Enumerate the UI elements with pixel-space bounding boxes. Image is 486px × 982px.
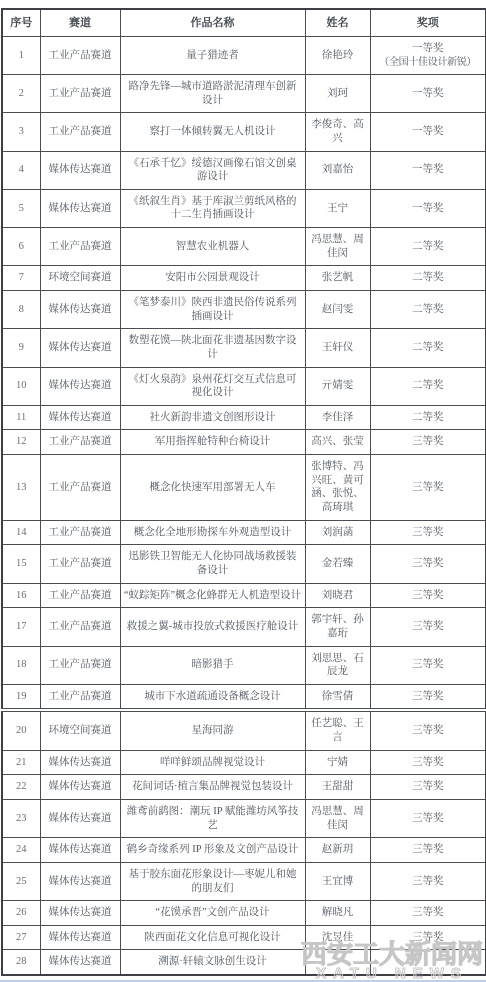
- table-row: 17 工业产品赛道 救援之翼-城市投放式救援医疗舱设计 郭宇轩、孙嘉珩 三等奖: [2, 608, 486, 646]
- track-cell: 媒体传达赛道: [40, 367, 120, 405]
- author-name-cell: 李佳泽: [305, 405, 370, 430]
- work-title-cell: 安阳市公园景观设计: [120, 266, 305, 291]
- award-cell: 二等奖: [370, 290, 486, 328]
- work-title-cell: 《石承千忆》绥德汉画像石馆文创桌游设计: [120, 151, 305, 189]
- table-row: 6 工业产品赛道 智慧农业机器人 冯思慧、周佳闵 二等奖: [2, 228, 486, 266]
- author-name-cell: 宁婧: [305, 750, 370, 775]
- table-row: 27 媒体传达赛道 陕西面花文化信息可视化设计 沈昱佳 三等奖: [2, 925, 486, 950]
- work-title-cell: 军用指挥舱特种台椅设计: [120, 430, 305, 455]
- table-row: 21 媒体传达赛道 咩咩鲜颂品牌视觉设计 宁婧 三等奖: [2, 750, 486, 775]
- award-label: 三等奖: [374, 589, 483, 603]
- table-row: 14 工业产品赛道 概念化全地形勘探车外观造型设计 刘润菡 三等奖: [2, 520, 486, 545]
- award-label: 一等奖: [374, 202, 483, 216]
- track-cell: 媒体传达赛道: [40, 329, 120, 367]
- work-title-cell: 迅影铁卫智能无人化协同战场救援装备设计: [120, 545, 305, 583]
- award-cell: 三等奖: [370, 901, 486, 926]
- track-cell: 工业产品赛道: [40, 646, 120, 684]
- track-cell: 媒体传达赛道: [40, 862, 120, 900]
- work-title-cell: “花馍承晋”文创产品设计: [120, 901, 305, 926]
- work-title-cell: 数塑花馍—陕北面花非遗基因数字设计: [120, 329, 305, 367]
- work-title-cell: 星海同游: [120, 710, 305, 750]
- award-cell: 三等奖: [370, 862, 486, 900]
- author-name-cell: 赵新玥: [305, 838, 370, 863]
- table-row: 22 媒体传达赛道 花间词话·植言集品牌视觉包装设计 王甜甜 三等奖: [2, 775, 486, 800]
- table-body: 1 工业产品赛道 量子猎迹者 徐艳玲 一等奖 （全国十佳设计新锐） 2 工业产品…: [2, 37, 486, 975]
- table-row: 16 工业产品赛道 “蚁踪矩阵”概念化蜂群无人机造型设计 刘晓君 三等奖: [2, 583, 486, 608]
- award-label: 二等奖: [374, 303, 483, 317]
- row-number-cell: 6: [2, 228, 40, 266]
- table-row: 23 媒体传达赛道 潍鸢前鹞图：潮玩 IP 赋能潍坊风筝技艺 冯思慧、周佳闵 三…: [2, 800, 486, 838]
- work-title-cell: 察打一体倾转翼无人机设计: [120, 113, 305, 151]
- award-cell: 三等奖: [370, 750, 486, 775]
- author-name-cell: 徐艳玲: [305, 37, 370, 75]
- award-cell: 二等奖: [370, 367, 486, 405]
- table-row: 1 工业产品赛道 量子猎迹者 徐艳玲 一等奖 （全国十佳设计新锐）: [2, 37, 486, 75]
- author-name-cell: 沈昱佳: [305, 925, 370, 950]
- award-cell: 一等奖: [370, 74, 486, 112]
- award-cell: 三等奖: [370, 800, 486, 838]
- award-label: 三等奖: [374, 658, 483, 672]
- table-row: 15 工业产品赛道 迅影铁卫智能无人化协同战场救援装备设计 金若臻 三等奖: [2, 545, 486, 583]
- row-number-cell: 18: [2, 646, 40, 684]
- award-label: 二等奖: [374, 411, 483, 425]
- row-number-cell: 2: [2, 74, 40, 112]
- track-cell: 环境空间赛道: [40, 710, 120, 750]
- row-number-cell: 9: [2, 329, 40, 367]
- award-cell: 三等奖: [370, 608, 486, 646]
- work-title-cell: 救援之翼-城市投放式救援医疗舱设计: [120, 608, 305, 646]
- track-cell: 媒体传达赛道: [40, 838, 120, 863]
- author-name-cell: 金若臻: [305, 545, 370, 583]
- author-name-cell: 刘润菡: [305, 520, 370, 545]
- author-name-cell: 张博特、冯兴旺、黄可涵、张悦、高琦琪: [305, 455, 370, 521]
- row-number-cell: 12: [2, 430, 40, 455]
- table-row: 18 工业产品赛道 暗影猎手 刘思思、石辰龙 三等奖: [2, 646, 486, 684]
- work-title-cell: 咩咩鲜颂品牌视觉设计: [120, 750, 305, 775]
- award-label: 三等奖: [374, 557, 483, 571]
- work-title-cell: 《笔梦泰川》陕西非遗民俗传说系列插画设计: [120, 290, 305, 328]
- table-row: 3 工业产品赛道 察打一体倾转翼无人机设计 李俊奇、高兴 一等奖: [2, 113, 486, 151]
- table-row: 12 工业产品赛道 军用指挥舱特种台椅设计 高兴、张莹 三等奖: [2, 430, 486, 455]
- row-number-cell: 28: [2, 950, 40, 975]
- author-name-cell: 王宜博: [305, 862, 370, 900]
- award-label: 三等奖: [374, 812, 483, 826]
- track-cell: 工业产品赛道: [40, 228, 120, 266]
- award-cell: 二等奖: [370, 266, 486, 291]
- row-number-cell: 3: [2, 113, 40, 151]
- row-number-cell: 10: [2, 367, 40, 405]
- award-sub-label: （全国十佳设计新锐）: [374, 56, 483, 69]
- author-name-cell: 赵闫雯: [305, 290, 370, 328]
- author-name-cell: 冯思慧、周佳闵: [305, 800, 370, 838]
- author-name-cell: 王轩仪: [305, 329, 370, 367]
- row-number-cell: 4: [2, 151, 40, 189]
- award-cell: 二等奖: [370, 405, 486, 430]
- header-col-track: 赛道: [40, 9, 120, 37]
- work-title-cell: 概念化快速军用部署无人车: [120, 455, 305, 521]
- award-label: 三等奖: [374, 690, 483, 704]
- award-cell: 一等奖: [370, 189, 486, 227]
- award-cell: 三等奖: [370, 646, 486, 684]
- author-name-cell: 亓婧雯: [305, 367, 370, 405]
- row-number-cell: 8: [2, 290, 40, 328]
- table-row: 13 工业产品赛道 概念化快速军用部署无人车 张博特、冯兴旺、黄可涵、张悦、高琦…: [2, 455, 486, 521]
- track-cell: 媒体传达赛道: [40, 775, 120, 800]
- row-number-cell: 25: [2, 862, 40, 900]
- table-row: 7 环境空间赛道 安阳市公园景观设计 张艺帆 二等奖: [2, 266, 486, 291]
- header-col-work: 作品名称: [120, 9, 305, 37]
- track-cell: 工业产品赛道: [40, 545, 120, 583]
- track-cell: 环境空间赛道: [40, 266, 120, 291]
- award-label: 二等奖: [374, 341, 483, 355]
- work-title-cell: 潍鸢前鹞图：潮玩 IP 赋能潍坊风筝技艺: [120, 800, 305, 838]
- award-label: 三等奖: [374, 724, 483, 738]
- work-title-cell: “蚁踪矩阵”概念化蜂群无人机造型设计: [120, 583, 305, 608]
- award-label: 三等奖: [374, 931, 483, 945]
- award-label: 三等奖: [374, 875, 483, 889]
- table-row: 19 工业产品赛道 城市下水道疏通设备概念设计 徐雪倩 三等奖: [2, 684, 486, 710]
- award-cell: 三等奖: [370, 583, 486, 608]
- award-cell: [370, 950, 486, 975]
- award-cell: 三等奖: [370, 838, 486, 863]
- author-name-cell: [305, 950, 370, 975]
- award-label: 三等奖: [374, 620, 483, 634]
- award-label: 二等奖: [374, 271, 483, 285]
- author-name-cell: 解晓凡: [305, 901, 370, 926]
- author-name-cell: 郭宇轩、孙嘉珩: [305, 608, 370, 646]
- award-cell: 二等奖: [370, 228, 486, 266]
- track-cell: 工业产品赛道: [40, 520, 120, 545]
- author-name-cell: 张艺帆: [305, 266, 370, 291]
- row-number-cell: 13: [2, 455, 40, 521]
- track-cell: 工业产品赛道: [40, 455, 120, 521]
- track-cell: 媒体传达赛道: [40, 189, 120, 227]
- award-cell: 三等奖: [370, 430, 486, 455]
- table-row: 28 媒体传达赛道 溯源·轩辕文脉创生设计: [2, 950, 486, 975]
- author-name-cell: 刘嘉怡: [305, 151, 370, 189]
- row-number-cell: 7: [2, 266, 40, 291]
- author-name-cell: 任艺聪、王言: [305, 710, 370, 750]
- award-label: 三等奖: [374, 756, 483, 770]
- track-cell: 工业产品赛道: [40, 74, 120, 112]
- author-name-cell: 王宁: [305, 189, 370, 227]
- award-label: 三等奖: [374, 780, 483, 794]
- award-label: 二等奖: [374, 379, 483, 393]
- work-title-cell: 智慧农业机器人: [120, 228, 305, 266]
- table-row: 20 环境空间赛道 星海同游 任艺聪、王言 三等奖: [2, 710, 486, 750]
- track-cell: 媒体传达赛道: [40, 950, 120, 975]
- author-name-cell: 王甜甜: [305, 775, 370, 800]
- award-cell: 三等奖: [370, 455, 486, 521]
- row-number-cell: 24: [2, 838, 40, 863]
- work-title-cell: 基于胶东面花形象设计—枣妮儿和她的朋友们: [120, 862, 305, 900]
- work-title-cell: 《灯火泉韵》泉州花灯交互式信息可视化设计: [120, 367, 305, 405]
- author-name-cell: 刘珂: [305, 74, 370, 112]
- award-label: 三等奖: [374, 481, 483, 495]
- award-label: 三等奖: [374, 526, 483, 540]
- award-label: 二等奖: [374, 240, 483, 254]
- author-name-cell: 冯思慧、周佳闵: [305, 228, 370, 266]
- row-number-cell: 22: [2, 775, 40, 800]
- table-row: 26 媒体传达赛道 “花馍承晋”文创产品设计 解晓凡 三等奖: [2, 901, 486, 926]
- track-cell: 工业产品赛道: [40, 430, 120, 455]
- award-cell: 一等奖: [370, 113, 486, 151]
- header-row: 序号 赛道 作品名称 姓名 奖项: [2, 9, 486, 37]
- row-number-cell: 21: [2, 750, 40, 775]
- table-row: 11 媒体传达赛道 社火新韵非遗文创图形设计 李佳泽 二等奖: [2, 405, 486, 430]
- award-label: 一等奖: [374, 87, 483, 101]
- row-number-cell: 20: [2, 710, 40, 750]
- table-row: 2 工业产品赛道 路净先锋—城市道路淤泥清理车创新设计 刘珂 一等奖: [2, 74, 486, 112]
- award-cell: 一等奖 （全国十佳设计新锐）: [370, 37, 486, 75]
- row-number-cell: 16: [2, 583, 40, 608]
- header-col-award: 奖项: [370, 9, 486, 37]
- track-cell: 媒体传达赛道: [40, 800, 120, 838]
- table-row: 5 媒体传达赛道 《纸叙生肖》基于库淑兰剪纸风格的十二生肖插画设计 王宁 一等奖: [2, 189, 486, 227]
- table-row: 9 媒体传达赛道 数塑花馍—陕北面花非遗基因数字设计 王轩仪 二等奖: [2, 329, 486, 367]
- track-cell: 工业产品赛道: [40, 113, 120, 151]
- award-cell: 三等奖: [370, 520, 486, 545]
- header-col-no: 序号: [2, 9, 40, 37]
- award-cell: 三等奖: [370, 710, 486, 750]
- row-number-cell: 11: [2, 405, 40, 430]
- awards-table: 序号 赛道 作品名称 姓名 奖项 1 工业产品赛道 量子猎迹者 徐艳玲 一等奖 …: [1, 8, 486, 976]
- row-number-cell: 14: [2, 520, 40, 545]
- award-cell: 三等奖: [370, 684, 486, 710]
- table-row: 4 媒体传达赛道 《石承千忆》绥德汉画像石馆文创桌游设计 刘嘉怡 一等奖: [2, 151, 486, 189]
- award-label: 一等奖: [374, 42, 483, 56]
- table-row: 8 媒体传达赛道 《笔梦泰川》陕西非遗民俗传说系列插画设计 赵闫雯 二等奖: [2, 290, 486, 328]
- author-name-cell: 徐雪倩: [305, 684, 370, 710]
- row-number-cell: 17: [2, 608, 40, 646]
- author-name-cell: 李俊奇、高兴: [305, 113, 370, 151]
- table-row: 25 媒体传达赛道 基于胶东面花形象设计—枣妮儿和她的朋友们 王宜博 三等奖: [2, 862, 486, 900]
- award-cell: 三等奖: [370, 545, 486, 583]
- work-title-cell: 花间词话·植言集品牌视觉包装设计: [120, 775, 305, 800]
- award-label: 一等奖: [374, 125, 483, 139]
- work-title-cell: 溯源·轩辕文脉创生设计: [120, 950, 305, 975]
- row-number-cell: 23: [2, 800, 40, 838]
- table-row: 10 媒体传达赛道 《灯火泉韵》泉州花灯交互式信息可视化设计 亓婧雯 二等奖: [2, 367, 486, 405]
- track-cell: 媒体传达赛道: [40, 151, 120, 189]
- award-cell: 二等奖: [370, 329, 486, 367]
- work-title-cell: 概念化全地形勘探车外观造型设计: [120, 520, 305, 545]
- track-cell: 工业产品赛道: [40, 684, 120, 710]
- author-name-cell: 刘思思、石辰龙: [305, 646, 370, 684]
- work-title-cell: 陕西面花文化信息可视化设计: [120, 925, 305, 950]
- author-name-cell: 高兴、张莹: [305, 430, 370, 455]
- row-number-cell: 26: [2, 901, 40, 926]
- row-number-cell: 5: [2, 189, 40, 227]
- track-cell: 工业产品赛道: [40, 583, 120, 608]
- track-cell: 媒体传达赛道: [40, 405, 120, 430]
- work-title-cell: 城市下水道疏通设备概念设计: [120, 684, 305, 710]
- row-number-cell: 1: [2, 37, 40, 75]
- award-label: 三等奖: [374, 843, 483, 857]
- work-title-cell: 鹤乡奇缘系列 IP 形象及文创产品设计: [120, 838, 305, 863]
- award-label: 三等奖: [374, 906, 483, 920]
- award-label: 一等奖: [374, 163, 483, 177]
- table-row: 24 媒体传达赛道 鹤乡奇缘系列 IP 形象及文创产品设计 赵新玥 三等奖: [2, 838, 486, 863]
- row-number-cell: 27: [2, 925, 40, 950]
- track-cell: 媒体传达赛道: [40, 290, 120, 328]
- track-cell: 工业产品赛道: [40, 608, 120, 646]
- row-number-cell: 19: [2, 684, 40, 710]
- award-cell: 三等奖: [370, 775, 486, 800]
- author-name-cell: 刘晓君: [305, 583, 370, 608]
- work-title-cell: 路净先锋—城市道路淤泥清理车创新设计: [120, 74, 305, 112]
- work-title-cell: 《纸叙生肖》基于库淑兰剪纸风格的十二生肖插画设计: [120, 189, 305, 227]
- track-cell: 工业产品赛道: [40, 37, 120, 75]
- track-cell: 媒体传达赛道: [40, 750, 120, 775]
- work-title-cell: 社火新韵非遗文创图形设计: [120, 405, 305, 430]
- work-title-cell: 暗影猎手: [120, 646, 305, 684]
- award-label: 三等奖: [374, 435, 483, 449]
- award-cell: 一等奖: [370, 151, 486, 189]
- track-cell: 媒体传达赛道: [40, 901, 120, 926]
- track-cell: 媒体传达赛道: [40, 925, 120, 950]
- row-number-cell: 15: [2, 545, 40, 583]
- work-title-cell: 量子猎迹者: [120, 37, 305, 75]
- award-cell: 三等奖: [370, 925, 486, 950]
- header-col-name: 姓名: [305, 9, 370, 37]
